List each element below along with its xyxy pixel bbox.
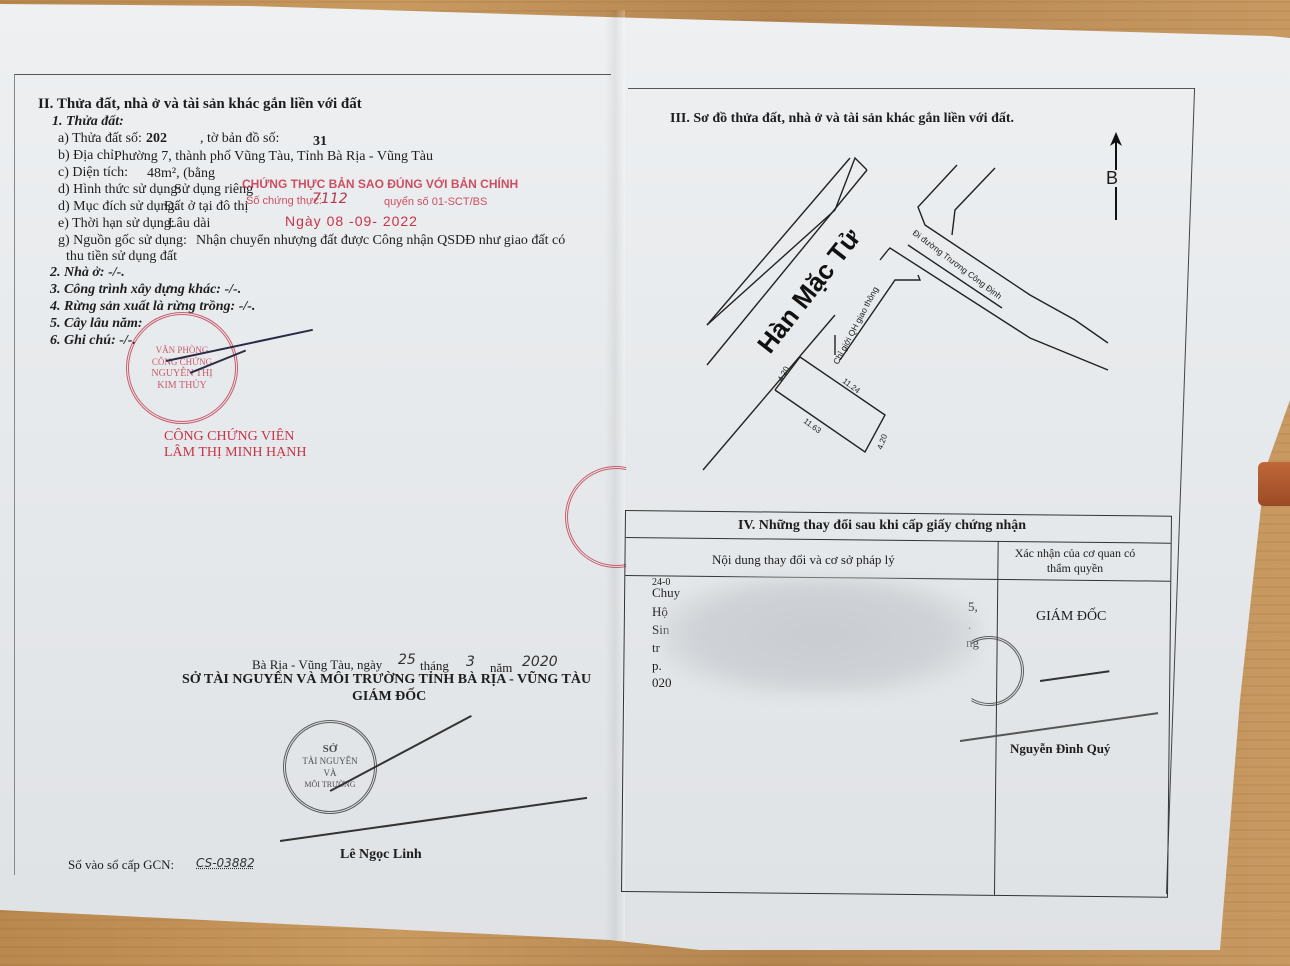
section-iii-title: III. Sơ đồ thửa đất, nhà ở và tài sản kh… [670, 110, 1014, 127]
parcel-number-label: a) Thửa đất số: [58, 130, 142, 147]
usage-origin-value-cont: thu tiền sử dụng đất [66, 248, 177, 265]
area-value: 48m², (bằng [147, 165, 215, 182]
item-other-construction: 3. Công trình xây dựng khác: -/-. [50, 281, 241, 298]
usage-origin-label: g) Nguồn gốc sử dụng: [58, 232, 187, 249]
gcn-register-value: CS-03882 [196, 855, 255, 872]
change-entry-line5: p. [652, 657, 662, 674]
certified-copy-date: Ngày 08 -09- 2022 [285, 213, 418, 230]
subsection-parcel-title: 1. Thửa đất: [52, 113, 124, 130]
section-ii-title: II. Thửa đất, nhà ở và tài sản khác gắn … [38, 96, 362, 113]
usage-form-label: d) Hình thức sử dụng: [58, 181, 181, 198]
item-perennial-trees: 5. Cây lâu năm: [50, 315, 143, 332]
usage-term-label: e) Thời hạn sử dụng: [58, 215, 175, 232]
issue-month: 3 [466, 654, 475, 671]
issue-day: 25 [398, 652, 416, 669]
usage-origin-value: Nhận chuyển nhượng đất được Công nhận QS… [196, 232, 565, 249]
notary-title: CÔNG CHỨNG VIÊN [164, 428, 294, 445]
changes-col-confirm-header: Xác nhận của cơ quan có thẩm quyền [1010, 546, 1140, 576]
certified-copy-stamp-line1: CHỨNG THỰC BẢN SAO ĐÚNG VỚI BẢN CHÍNH [242, 176, 518, 193]
address-label: b) Địa chỉ: [58, 147, 118, 164]
authority-title: GIÁM ĐỐC [352, 688, 426, 705]
parcel-number-value: 202 [146, 130, 167, 147]
confirm-title: GIÁM ĐỐC [1036, 608, 1106, 625]
change-entry-line6: 020 [652, 674, 672, 691]
item-house: 2. Nhà ở: -/-. [50, 264, 125, 281]
map-sheet-label: , tờ bản đồ số: [200, 130, 279, 147]
authority-stamp-line2: TÀI NGUYÊN [302, 755, 357, 767]
address-value: Phường 7, thành phố Vũng Tàu, Tỉnh Bà Rị… [114, 148, 433, 165]
changes-table-title: IV. Những thay đổi sau khi cấp giấy chứn… [738, 517, 1026, 534]
certified-copy-book: quyển số 01-SCT/BS [384, 194, 487, 211]
dimension-back: 4.20 [875, 432, 889, 450]
dimension-front: 4.20 [776, 364, 792, 382]
certified-copy-stamp-prefix: Số chứng thực: [246, 193, 322, 210]
authority-stamp-line3: VÀ [324, 767, 337, 779]
confirm-signer: Nguyễn Đình Quý [1010, 740, 1110, 757]
issue-year: 2020 [522, 654, 558, 671]
change-entry-line4: tr [652, 639, 660, 656]
signer-name: Lê Ngọc Linh [340, 846, 422, 863]
boundary-label: Chỉ giới QH giao thông [831, 285, 881, 366]
notary-office-stamp: VĂN PHÒNG CÔNG CHỨNG NGUYỄN THỊ KIM THỦY [126, 312, 238, 424]
redacted-area [660, 575, 980, 695]
usage-term-value: Lâu dài [168, 215, 210, 232]
site-plan-map: Hàn Mặc Tử Đi đường Trương Công Định Chỉ… [690, 150, 1130, 490]
side-street-label: Đi đường Trương Công Định [911, 228, 1004, 302]
authority-stamp: SỞ TÀI NGUYÊN VÀ MÔI TRƯỜNG [283, 720, 377, 814]
item-notes: 6. Ghi chú: -/-. [50, 332, 136, 349]
notary-stamp-name: NGUYỄN THỊ KIM THỦY [147, 368, 217, 392]
usage-purpose-label: d) Mục đích sử dụng: [58, 198, 178, 215]
authority-stamp-line1: SỞ [323, 743, 338, 755]
gcn-register-label: Số vào sổ cấp GCN: [68, 856, 174, 873]
area-label: c) Diện tích: [58, 164, 128, 181]
changes-col-content-header: Nội dung thay đổi và cơ sở pháp lý [712, 551, 895, 568]
dimension-left-side: 11.63 [802, 416, 823, 435]
leather-strap [1258, 462, 1290, 506]
item-production-forest: 4. Rừng sản xuất là rừng trồng: -/-. [50, 298, 255, 315]
usage-purpose-value: Đất ở tại đô thị [164, 198, 248, 215]
notary-name: LÂM THỊ MINH HẠNH [164, 444, 306, 461]
certified-copy-number: 7112 [312, 191, 348, 208]
issuing-authority: SỞ TÀI NGUYÊN VÀ MÔI TRƯỜNG TỈNH BÀ RỊA … [182, 671, 591, 688]
